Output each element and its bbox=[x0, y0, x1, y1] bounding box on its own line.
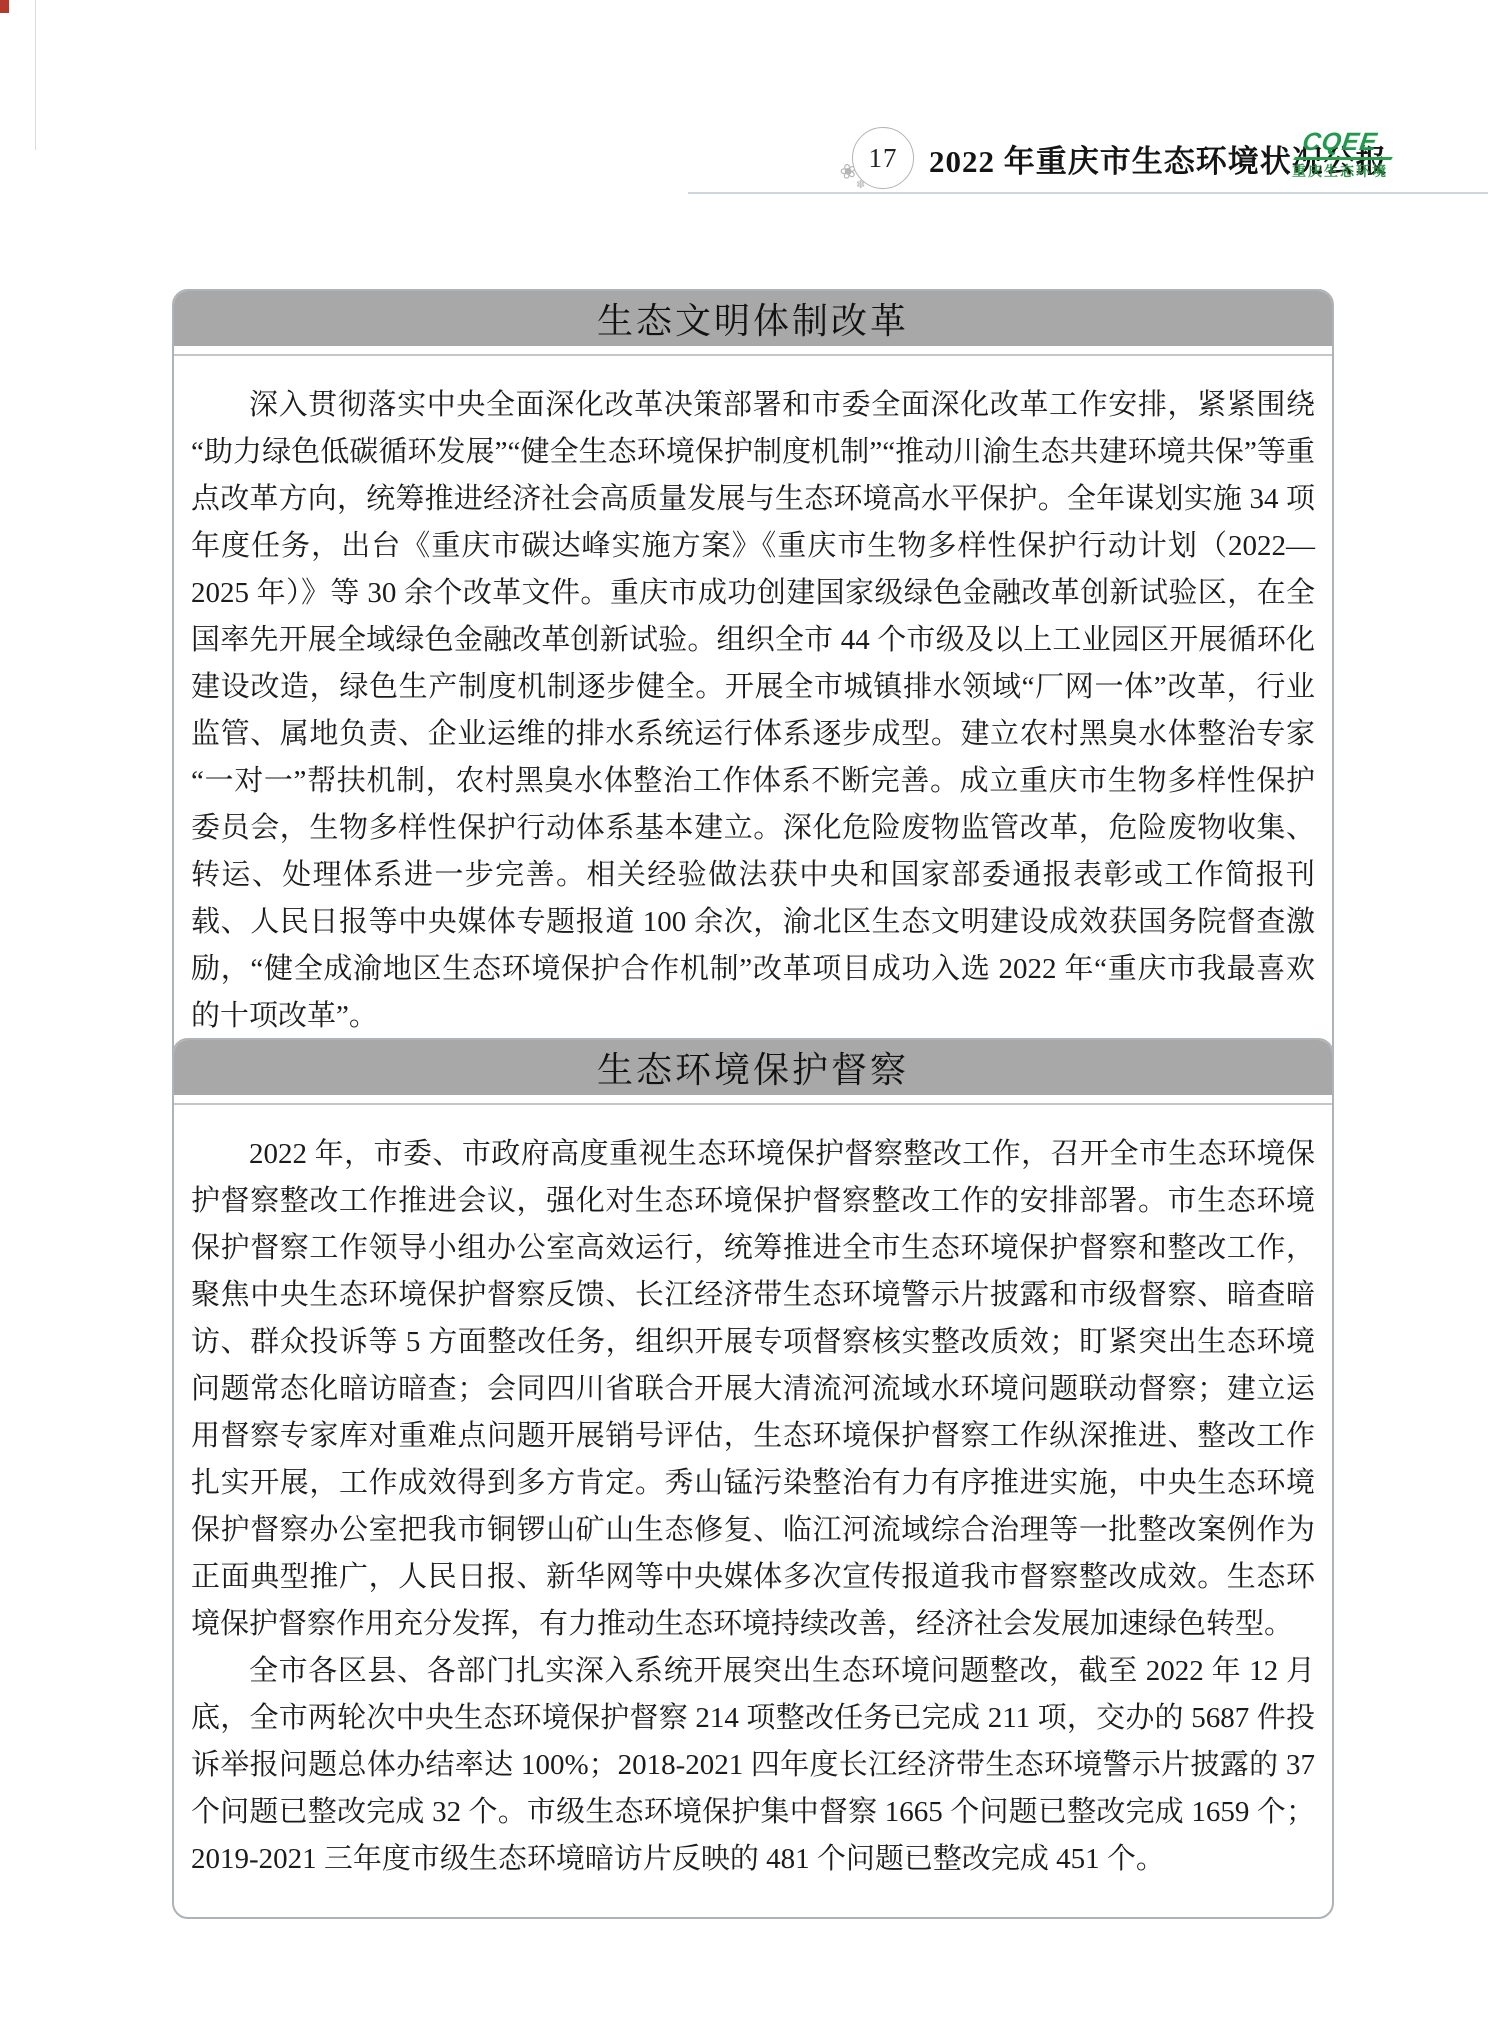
page-header: ❀ ✽ 17 2022 年重庆市生态环境状况公报 CQEE 重庆生态环境 bbox=[0, 0, 1488, 210]
document-page: ❀ ✽ 17 2022 年重庆市生态环境状况公报 CQEE 重庆生态环境 生态文… bbox=[0, 0, 1488, 2019]
section-title-bar: 生态环境保护督察 bbox=[174, 1040, 1332, 1095]
body-paragraph: 2022 年，市委、市政府高度重视生态环境保护督察整改工作，召开全市生态环境保护… bbox=[191, 1131, 1315, 1648]
body-paragraph: 深入贯彻落实中央全面深化改革决策部署和市委全面深化改革工作安排，紧紧围绕“助力绿… bbox=[191, 382, 1315, 1040]
section-title-divider bbox=[174, 1095, 1332, 1105]
cqee-logo: CQEE 重庆生态环境 bbox=[1284, 130, 1396, 178]
page-number: 17 bbox=[869, 143, 898, 174]
page-number-circle: 17 bbox=[852, 127, 914, 189]
section-title-divider bbox=[174, 346, 1332, 356]
section-environmental-protection-inspection: 生态环境保护督察 2022 年，市委、市政府高度重视生态环境保护督察整改工作，召… bbox=[172, 1038, 1334, 1919]
section-title: 生态文明体制改革 bbox=[597, 293, 909, 344]
section-body: 深入贯彻落实中央全面深化改革决策部署和市委全面深化改革工作安排，紧紧围绕“助力绿… bbox=[174, 356, 1332, 1074]
section-title: 生态环境保护督察 bbox=[597, 1042, 909, 1093]
cqee-logo-underline bbox=[1293, 157, 1393, 160]
header-rule bbox=[688, 192, 1488, 194]
section-body: 2022 年，市委、市政府高度重视生态环境保护督察整改工作，召开全市生态环境保护… bbox=[174, 1105, 1332, 1917]
section-ecological-civilization-reform: 生态文明体制改革 深入贯彻落实中央全面深化改革决策部署和市委全面深化改革工作安排… bbox=[172, 289, 1334, 1076]
cqee-logo-wordmark: 重庆生态环境 bbox=[1284, 164, 1396, 178]
cqee-logo-acronym: CQEE bbox=[1282, 130, 1398, 155]
section-title-bar: 生态文明体制改革 bbox=[174, 291, 1332, 346]
body-paragraph: 全市各区县、各部门扎实深入系统开展突出生态环境问题整改，截至 2022 年 12… bbox=[191, 1648, 1315, 1883]
